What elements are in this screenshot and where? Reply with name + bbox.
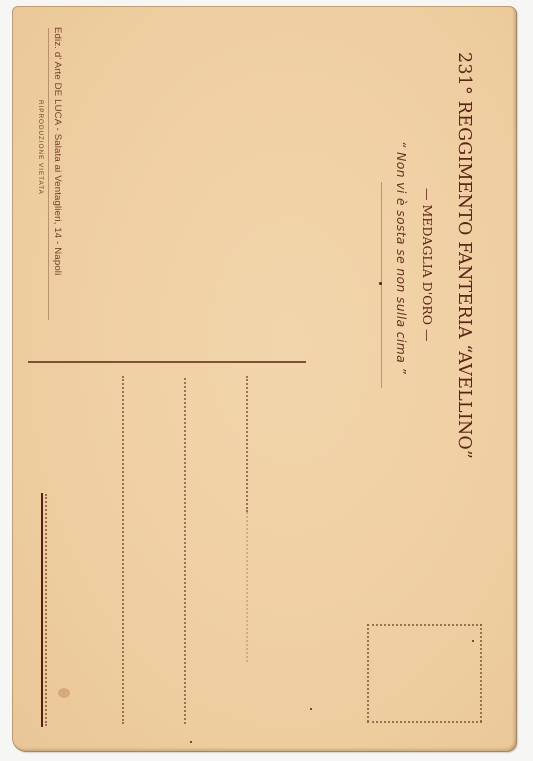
stamp-box-top [367, 624, 482, 626]
speck [190, 741, 192, 743]
address-line-3-faded [246, 512, 248, 662]
motto-divider-line [381, 182, 382, 388]
left-red-rule [41, 493, 43, 727]
motto-divider-dot [379, 282, 382, 285]
stamp-box-bottom [367, 721, 482, 723]
publisher-imprint: Ediz. d' Arte DE LUCA - Salata ai Ventag… [52, 27, 63, 275]
age-stain [58, 688, 70, 698]
motto-text: “ Non vi è sosta se non sulla cima ” [394, 141, 409, 374]
address-line-1 [122, 376, 124, 724]
reproduction-notice: RIPRODUZIONE VIETATA [37, 100, 44, 195]
address-line-2 [184, 378, 186, 724]
regiment-title: 231° REGGIMENTO FANTERIA “AVELLINO” [454, 52, 474, 459]
left-dotted-rule [45, 494, 47, 726]
medal-subtitle: — MEDAGLIA D'ORO — [420, 188, 435, 342]
address-line-3 [246, 376, 248, 512]
postcard-back [12, 6, 517, 752]
message-divider-line [28, 361, 306, 363]
stamp-box-right [480, 624, 482, 722]
imprint-underline [48, 28, 49, 320]
speck [310, 708, 312, 710]
stamp-box-left [367, 624, 369, 722]
speck [472, 640, 474, 642]
